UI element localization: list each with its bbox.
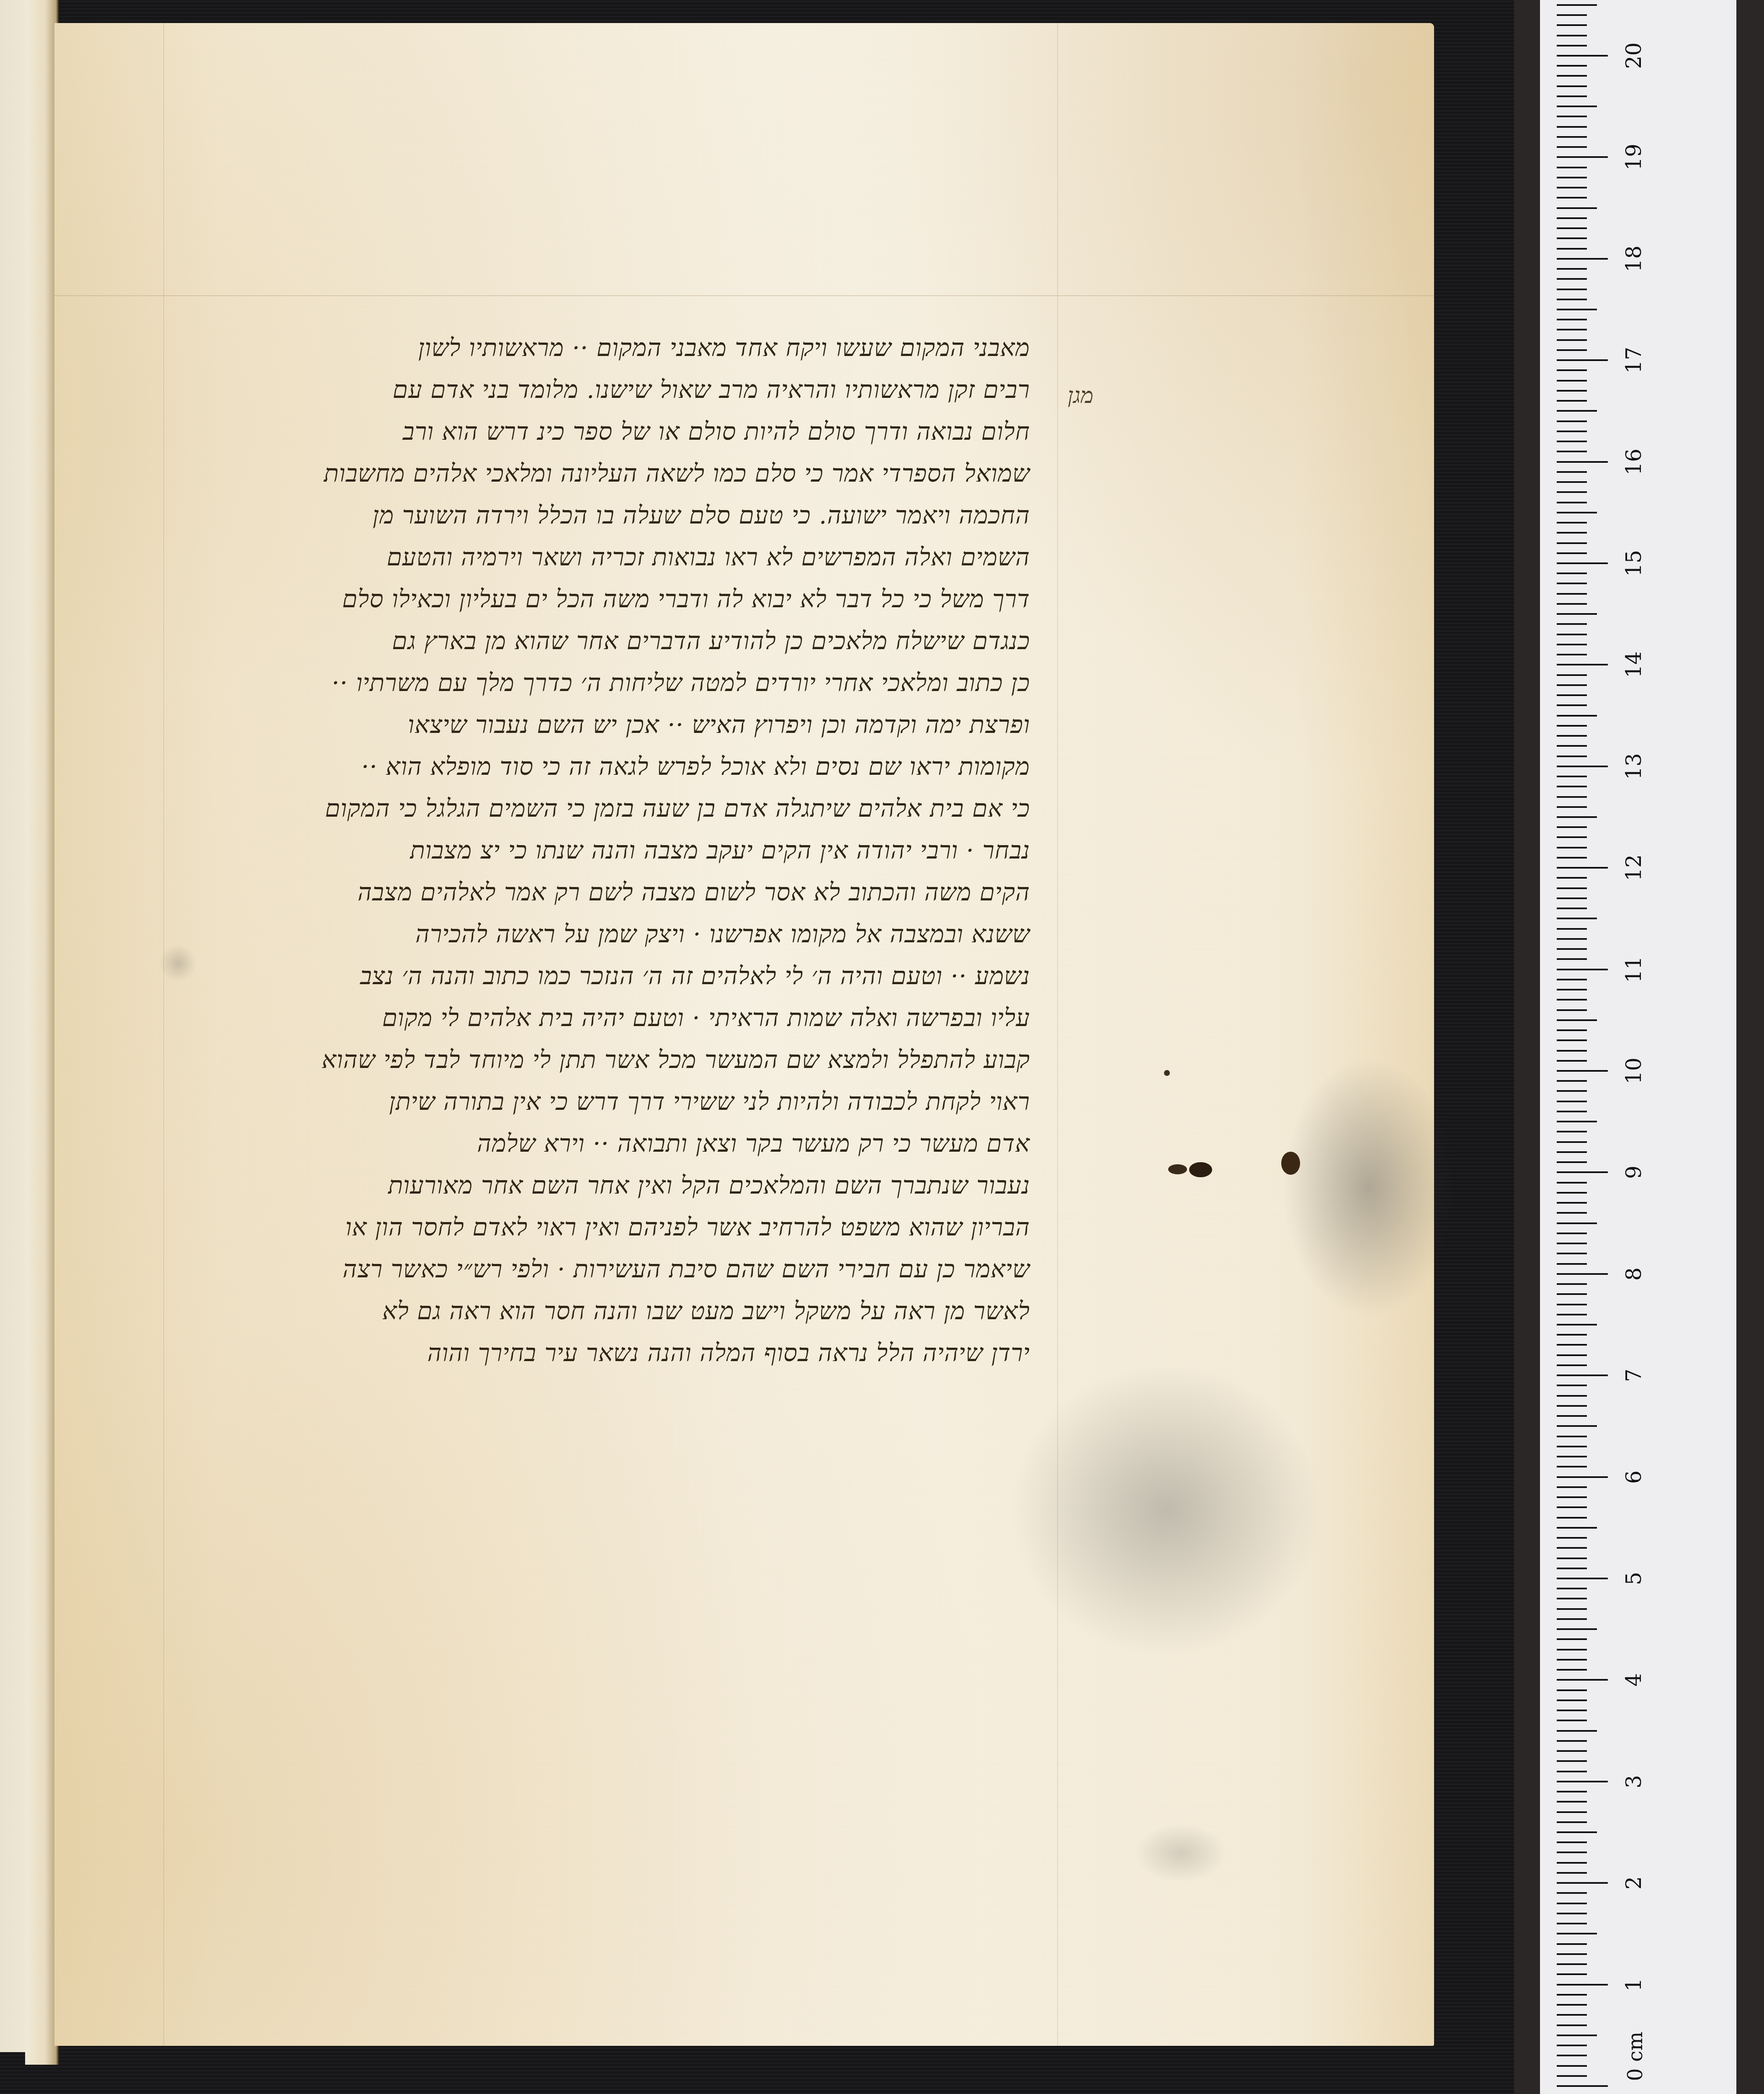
ruler-tick [1557, 1689, 1587, 1691]
manuscript-line: שמואל הספרדי אמר כי סלם כמו לשאה העליונה… [209, 452, 1030, 494]
ruler-label: 5 [1622, 1553, 1647, 1604]
ruler-label: 1 [1622, 1960, 1647, 2010]
ruler-tick [1557, 1608, 1587, 1610]
ruler-tick [1557, 237, 1587, 239]
ruler-tick [1557, 2014, 1587, 2016]
ruler-tick [1557, 431, 1587, 432]
ruler-tick [1557, 887, 1587, 889]
ruler-tick [1557, 1344, 1587, 1346]
ruler-tick [1557, 1466, 1587, 1467]
ruler-tick [1557, 451, 1587, 452]
ruler-tick [1557, 1517, 1587, 1519]
ruler-tick [1557, 897, 1587, 899]
ruler-tick [1557, 369, 1587, 371]
ruler-tick [1557, 806, 1587, 808]
ruler-tick [1557, 684, 1587, 686]
ruler-tick [1557, 572, 1587, 574]
centimeter-ruler: 0 cm 1234567891011121314151617181920 [1540, 0, 1736, 2094]
ruler-tick [1557, 938, 1587, 940]
ruler-label: 19 [1622, 132, 1647, 182]
ruler-label: 7 [1622, 1350, 1647, 1400]
ruler-tick [1557, 1547, 1587, 1549]
ruler-tick [1557, 481, 1587, 483]
ruler-label: 13 [1622, 741, 1647, 792]
ruler-tick [1557, 1710, 1587, 1711]
ruler-tick [1557, 999, 1587, 1001]
ruler-tick [1557, 1771, 1587, 1772]
ruler-tick [1557, 1364, 1587, 1366]
gutter [25, 0, 59, 2065]
ruler-tick [1557, 1984, 1608, 1986]
ruler-tick [1557, 1913, 1587, 1914]
ruler-tick [1557, 207, 1597, 209]
ruler-tick [1557, 715, 1597, 717]
ruler-tick [1557, 1263, 1587, 1265]
ruler-tick [1557, 1304, 1587, 1305]
ruler-tick [1557, 1009, 1587, 1011]
ruler-tick [1557, 1821, 1587, 1823]
ruler-tick [1557, 2035, 1597, 2036]
manuscript-line: הבריון שהוא משפט להרחיב אשר לפניהם ואין … [209, 1206, 1030, 1248]
grey-smudge [1135, 1824, 1227, 1883]
ruler-tick [1557, 1994, 1587, 1996]
ruler-tick [1557, 1243, 1587, 1244]
ruler-tick [1557, 1233, 1587, 1234]
manuscript-line: קבוע להתפלל ולמצא שם המעשר מכל אשר תתן ל… [209, 1039, 1030, 1081]
manuscript-line: כי אם בית אלהים שיתגלה אדם בן שעה בזמן כ… [209, 787, 1030, 829]
ruler-tick [1557, 552, 1587, 554]
ruler-tick [1557, 613, 1597, 615]
ruler-tick [1557, 1598, 1587, 1599]
ruling-line [163, 23, 164, 2046]
ruler-label: 16 [1622, 437, 1647, 487]
ruler-tick [1557, 410, 1597, 412]
ruler-tick [1557, 491, 1587, 493]
ruler-tick [1557, 644, 1587, 645]
ruler-tick [1557, 1882, 1608, 1884]
ruler-tick [1557, 1923, 1587, 1924]
ruler-tick [1557, 989, 1587, 990]
ruler-label: 6 [1622, 1452, 1647, 1502]
ruler-tick [1557, 1588, 1587, 1589]
ruler-tick [1557, 1283, 1587, 1285]
ruler-tick [1557, 1659, 1587, 1661]
ruler-tick [1557, 197, 1587, 199]
ruler-tick [1557, 177, 1587, 178]
ruler-tick [1557, 1019, 1597, 1021]
manuscript-line: החכמה ויאמר ישועה. כי טעם סלם שעלה בו הכ… [209, 494, 1030, 536]
ruler-tick [1557, 1953, 1587, 1955]
ruler-tick [1557, 258, 1608, 260]
ruler-tick [1557, 694, 1587, 696]
manuscript-line: אדם מעשר כי רק מעשר בקר וצאן ותבואה ·· ו… [209, 1122, 1030, 1164]
ruler-tick [1557, 359, 1608, 361]
ruler-tick [1557, 309, 1597, 310]
ruler-tick [1557, 1558, 1587, 1559]
ruler-tick [1557, 441, 1587, 442]
ruler-tick [1557, 45, 1587, 46]
ruler-tick [1557, 4, 1597, 6]
ruler-tick [1557, 1628, 1597, 1630]
ruler-tick [1557, 167, 1587, 168]
ruler-tick [1557, 522, 1587, 523]
ruler-tick [1557, 1253, 1587, 1254]
manuscript-line: כן כתוב ומלאכי אחרי יורדים למטה שליחות ה… [209, 662, 1030, 704]
ruler-label: 9 [1622, 1147, 1647, 1197]
ruler-tick [1557, 1070, 1608, 1072]
ruler-tick [1557, 146, 1587, 148]
manuscript-line: שיאמר כן עם חבירי השם שהם סיבת העשירות ·… [209, 1248, 1030, 1290]
ruler-tick [1557, 1760, 1587, 1762]
grey-smudge [1009, 1363, 1323, 1656]
ruler-tick [1557, 979, 1587, 980]
ruler-label: 14 [1622, 640, 1647, 690]
ruler-tick [1557, 1385, 1587, 1386]
ruler-tick [1557, 116, 1587, 117]
ruler-tick [1557, 1324, 1597, 1326]
main-text-block: מאבני המקום שעשו ויקח אחד מאבני המקום ··… [209, 327, 1030, 1374]
manuscript-line: רבים זקן מראשותיו והראיה מרב שאול שישנו.… [209, 369, 1030, 410]
ruler-tick [1557, 816, 1597, 818]
ruler-tick [1557, 1080, 1587, 1082]
ruler-tick [1557, 1029, 1587, 1031]
ruler-tick [1557, 319, 1587, 320]
grey-smudge [159, 944, 197, 982]
ruler-tick [1557, 1050, 1587, 1052]
ruler-tick [1557, 725, 1587, 727]
ruler-tick [1557, 1192, 1587, 1194]
ruler-tick [1557, 85, 1587, 87]
ruler-tick [1557, 390, 1587, 392]
ruler-label: 12 [1622, 843, 1647, 893]
ruler-tick [1557, 1141, 1587, 1143]
ruler-tick [1557, 1039, 1587, 1041]
ruler-tick [1557, 908, 1587, 909]
ruler-tick [1557, 1131, 1587, 1132]
ink-blot [1168, 1164, 1187, 1174]
ruler-tick [1557, 948, 1587, 950]
ruler-tick [1557, 1293, 1587, 1295]
ruler-tick [1557, 1121, 1597, 1122]
ruler-tick [1557, 227, 1587, 229]
ruler-label: 2 [1622, 1858, 1647, 1908]
manuscript-line: השמים ואלה המפרשים לא ראו נבואות זכריה ו… [209, 536, 1030, 578]
ruler-tick [1557, 14, 1587, 16]
ruler-tick [1557, 634, 1587, 635]
ruler-tick [1557, 2075, 1587, 2077]
ruler-tick [1557, 502, 1587, 503]
ruler-tick [1557, 603, 1587, 605]
manuscript-line: נבחר · ורבי יהודה אין הקים יעקב מצבה והנ… [209, 829, 1030, 871]
ink-dot [1164, 1070, 1170, 1076]
manuscript-line: מאבני המקום שעשו ויקח אחד מאבני המקום ··… [209, 327, 1030, 369]
ruler-tick [1557, 664, 1608, 665]
ruler-tick [1557, 1212, 1587, 1214]
ruler-tick [1557, 1527, 1597, 1529]
manuscript-line: ירדן שיהיה הלל נראה בסוף המלה והנה נשאר … [209, 1332, 1030, 1374]
manuscript-line: ראוי לקחת לכבודה ולהיות לני ששירי דרך דר… [209, 1081, 1030, 1122]
ruler-tick [1557, 35, 1587, 36]
ruler-tick [1557, 187, 1587, 188]
ink-blot [1189, 1162, 1212, 1177]
ruler-tick [1557, 1831, 1597, 1833]
ruler-tick [1557, 1436, 1587, 1437]
ruler-tick [1557, 95, 1587, 97]
manuscript-line: ופרצת ימה וקדמה וכן ויפרוץ האיש ·· אכן י… [209, 704, 1030, 745]
ruler-tick [1557, 1222, 1597, 1224]
ruler-label: 11 [1622, 944, 1647, 995]
ruler-tick [1557, 1314, 1587, 1315]
ruler-tick [1557, 674, 1587, 676]
ruler-tick [1557, 786, 1587, 787]
ruler-label: 8 [1622, 1249, 1647, 1299]
ruler-tick [1557, 745, 1587, 747]
ruler-tick [1557, 1171, 1608, 1173]
ruler-tick [1557, 836, 1587, 838]
ruler-tick [1557, 1161, 1587, 1163]
manuscript-line: כנגדם שישלח מלאכים כן להודיע הדברים אחר … [209, 620, 1030, 662]
ruler-label: 4 [1622, 1655, 1647, 1705]
ruler-tick [1557, 1415, 1587, 1417]
ruler-tick [1557, 542, 1587, 544]
ruler-tick [1557, 1405, 1587, 1407]
ruler-tick [1557, 471, 1587, 473]
ruler-tick [1557, 1395, 1587, 1397]
manuscript-line: נעבור שנתברך השם והמלאכים הקל ואין אחר ה… [209, 1164, 1030, 1206]
ruler-tick [1557, 420, 1587, 422]
ruler-tick [1557, 1578, 1608, 1579]
ruler-tick [1557, 796, 1587, 798]
ruler-tick [1557, 2045, 1587, 2046]
ruler-tick [1557, 2065, 1587, 2067]
fingerprint-smudge [1281, 1057, 1457, 1317]
ruler-tick [1557, 1730, 1597, 1732]
ruler-tick [1557, 756, 1587, 757]
ruler-tick [1557, 1801, 1587, 1803]
manuscript-line: חלום נבואה ודרך סולם להיות סולם או של ספ… [209, 410, 1030, 452]
ruler-tick [1557, 1933, 1597, 1934]
ruler-tick [1557, 1425, 1597, 1427]
ruler-tick [1557, 583, 1587, 584]
manuscript-line: עליו ובפרשה ואלה שמות הראיתי · וטעם יהיה… [209, 997, 1030, 1039]
ruler-tick [1557, 857, 1587, 859]
ruler-tick [1557, 867, 1608, 869]
ruler-tick [1557, 1943, 1587, 1945]
ruler-tick [1557, 654, 1587, 655]
ruler-tick [1557, 918, 1597, 919]
ruler-tick [1557, 776, 1587, 777]
ruler-tick [1557, 65, 1587, 67]
ruler-tick [1557, 1638, 1587, 1640]
ruler-tick [1557, 1973, 1587, 1975]
ruler-tick [1557, 1862, 1587, 1864]
manuscript-line: הקים משה והכתוב לא אסר לשום מצבה לשם רק … [209, 871, 1030, 913]
ruler-label: 18 [1622, 234, 1647, 284]
ruler-tick [1557, 847, 1587, 848]
ruler-tick [1557, 1090, 1587, 1092]
ruler-tick [1557, 532, 1587, 534]
ruler-tick [1557, 380, 1587, 382]
ruler-tick [1557, 735, 1587, 737]
ruler-tick [1557, 704, 1587, 706]
ruler-tick [1557, 623, 1587, 625]
ruler-tick [1557, 1456, 1587, 1457]
ruler-tick [1557, 1852, 1587, 1853]
ruler-tick [1557, 562, 1608, 564]
manuscript-line: ששנא ובמצבה אל מקומו אפרשנו · ויצק שמן ע… [209, 913, 1030, 955]
ruler-tick [1557, 1649, 1587, 1650]
ruler-tick [1557, 75, 1587, 77]
ruler-tick [1557, 278, 1587, 280]
ruler-label: 10 [1622, 1046, 1647, 1096]
ruler-tick [1557, 877, 1587, 879]
ruler-tick [1557, 349, 1587, 351]
ruler-label: 20 [1622, 31, 1647, 81]
manuscript-line: דרך משל כי כל דבר לא יבוא לה ודברי משה ה… [209, 578, 1030, 620]
ruler-tick [1557, 1903, 1587, 1904]
ruler-tick [1557, 217, 1587, 219]
ruler-tick [1557, 1872, 1587, 1874]
ruler-tick [1557, 1568, 1587, 1569]
ruler-tick [1557, 593, 1587, 595]
ruling-line [54, 295, 1434, 296]
ruler-tick [1557, 136, 1587, 138]
ruler-tick [1557, 826, 1587, 828]
ruler-label: 3 [1622, 1756, 1647, 1807]
ruler-tick [1557, 1375, 1608, 1376]
ruler-tick [1557, 339, 1587, 341]
ruler-tick [1557, 1446, 1587, 1447]
ruler-tick [1557, 1750, 1587, 1752]
ruler-tick [1557, 461, 1608, 463]
manuscript-line: מקומות יראו שם נסים ולא אוכל לפרש לגאה ז… [209, 745, 1030, 787]
ruler-tick [1557, 1791, 1587, 1792]
ruler-label: 17 [1622, 335, 1647, 385]
ruler-tick [1557, 329, 1587, 330]
ruler-tick [1557, 400, 1587, 402]
ruler-tick [1557, 1101, 1587, 1102]
ruler-tick [1557, 1679, 1608, 1681]
ruler-tick [1557, 156, 1608, 158]
ruler-tick [1557, 2085, 1608, 2087]
ruler-tick [1557, 1334, 1587, 1336]
ruler-tick [1557, 1963, 1587, 1965]
ruler-tick [1557, 1182, 1587, 1184]
ruler-tick [1557, 1486, 1587, 1488]
ruler-tick [1557, 1202, 1587, 1204]
ruler-tick [1557, 1841, 1587, 1843]
ruler-tick [1557, 969, 1608, 970]
ruling-line [1057, 23, 1058, 2046]
ruler-tick [1557, 1111, 1587, 1112]
ruler-tick [1557, 512, 1597, 513]
ruler-tick [1557, 1151, 1587, 1153]
marginal-note: מגן [1068, 383, 1093, 408]
ruler-tick [1557, 289, 1587, 290]
ruler-tick [1557, 106, 1597, 107]
ruler-tick [1557, 1354, 1587, 1356]
ruler-tick [1557, 268, 1587, 270]
ruler-tick [1557, 24, 1587, 26]
ruler-tick [1557, 958, 1587, 960]
ruler-tick [1557, 1811, 1587, 1813]
ruler-tick [1557, 1618, 1587, 1620]
ruler-tick [1557, 1699, 1587, 1701]
manuscript-line: נשמע ·· וטעם והיה ה׳ לי לאלהים זה ה׳ הנז… [209, 955, 1030, 997]
ruler-tick [1557, 248, 1587, 250]
ruler-label: 15 [1622, 538, 1647, 588]
ruler-tick [1557, 1273, 1608, 1275]
ruler-tick [1557, 1506, 1587, 1508]
ruler-tick [1557, 1720, 1587, 1721]
ruler-tick [1557, 1781, 1608, 1782]
ruler-tick [1557, 1740, 1587, 1742]
ruler-tick [1557, 126, 1587, 128]
ruler-tick [1557, 2024, 1587, 2026]
ruler-tick [1557, 1537, 1587, 1539]
ruler-tick [1557, 1060, 1587, 1062]
ruler-tick [1557, 2004, 1587, 2006]
ruler-tick [1557, 766, 1608, 767]
ruler-tick [1557, 1496, 1587, 1498]
ruler-tick [1557, 1892, 1587, 1894]
ruler-tick [1557, 299, 1587, 300]
ruler-unit-label: 0 cm [1624, 2023, 1649, 2090]
manuscript-line: לאשר מן ראה על משקל וישב מעט שבו והנה חס… [209, 1290, 1030, 1332]
ruler-tick [1557, 1669, 1587, 1671]
ruler-tick [1557, 928, 1587, 930]
ruler-tick [1557, 1476, 1608, 1478]
ruler-tick [1557, 55, 1608, 57]
ruler-tick [1557, 2055, 1587, 2056]
